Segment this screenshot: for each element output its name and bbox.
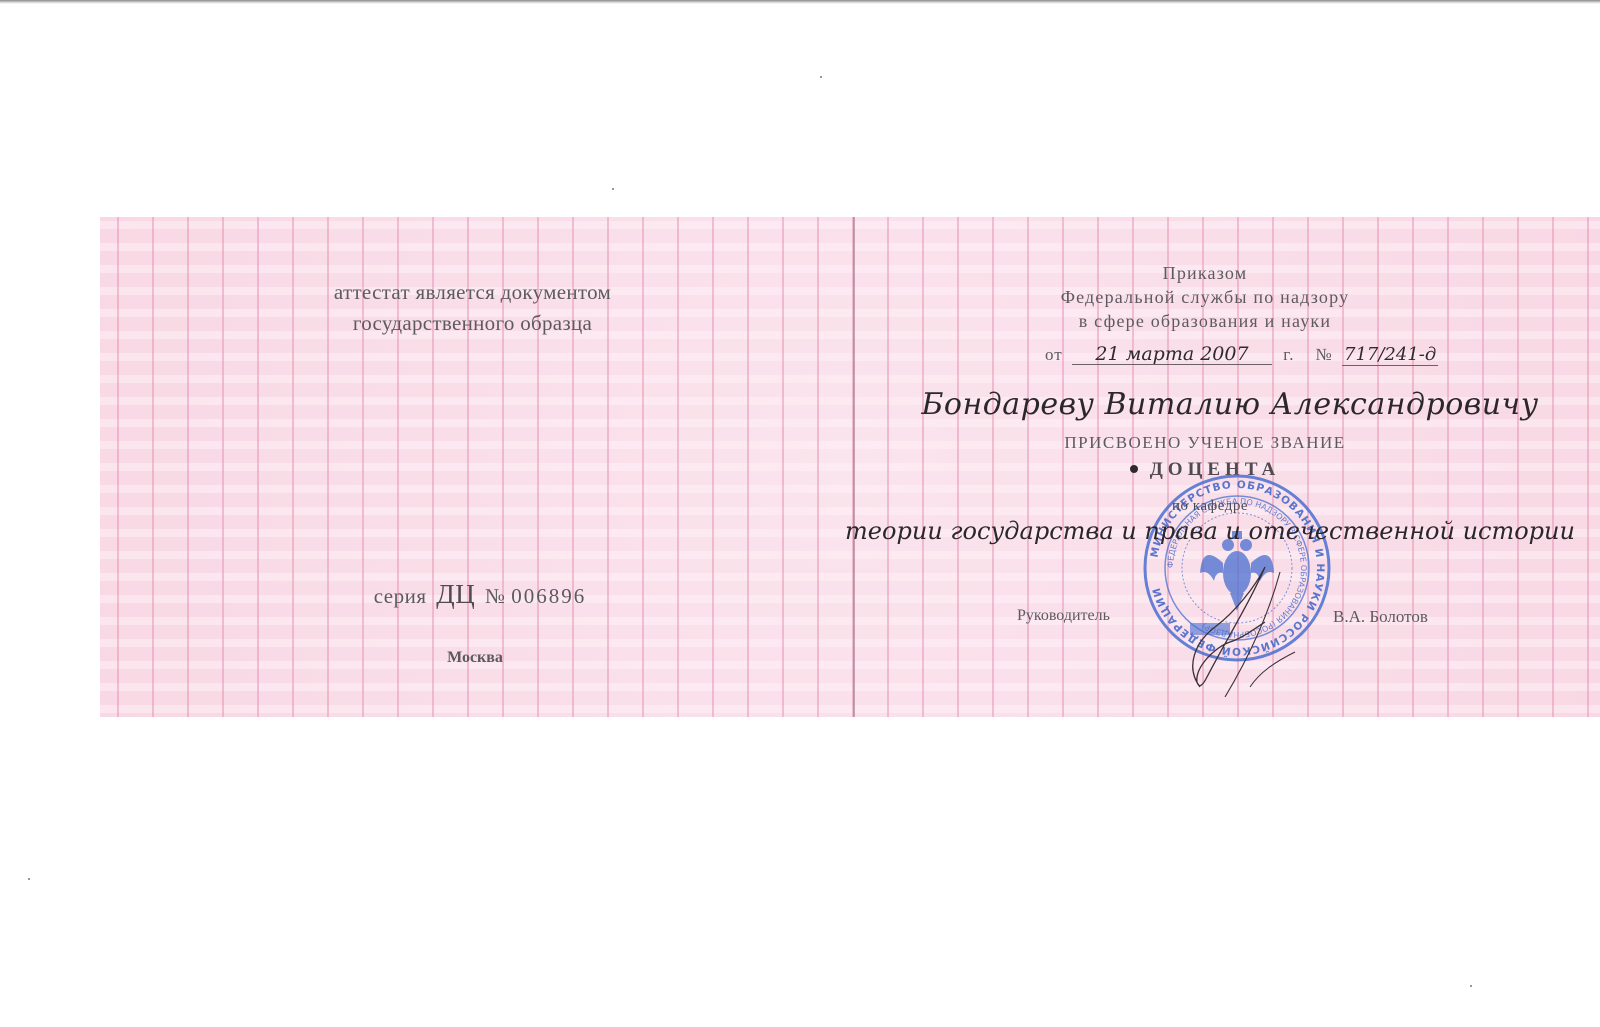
order-header: Приказом Федеральной службы по надзору в… — [1005, 261, 1405, 333]
order-date: 21 марта 2007 — [1072, 344, 1272, 365]
scan-speck — [820, 76, 822, 78]
recipient-name: Бондареву Виталию Александровичу — [905, 387, 1555, 422]
order-date-number-line: от 21 марта 2007 г. № 717/241-д — [1045, 344, 1485, 366]
scan-speck — [28, 878, 30, 880]
series-number-line: серия ДЦ № 006896 — [330, 579, 630, 610]
bullet-icon — [1130, 465, 1138, 473]
validity-statement: аттестат является документом государстве… — [300, 277, 645, 339]
order-header-line-2: Федеральной службы по надзору — [1005, 285, 1405, 309]
validity-line-1: аттестат является документом — [300, 277, 645, 308]
validity-line-2: государственного образца — [300, 308, 645, 339]
year-suffix: г. — [1283, 345, 1294, 364]
order-number: 717/241-д — [1342, 345, 1438, 366]
department-name: теории государства и права и отечественн… — [815, 517, 1600, 545]
assigned-title-label: ПРИСВОЕНО УЧЕНОЕ ЗВАНИЕ — [1005, 433, 1405, 453]
right-page: Приказом Федеральной службы по надзору в… — [855, 217, 1600, 717]
head-name: В.А. Болотов — [1333, 607, 1428, 627]
order-number-sign: № — [1316, 345, 1333, 364]
number-sign: № — [485, 584, 506, 608]
signature-icon — [1155, 547, 1305, 697]
certificate-spread: аттестат является документом государстве… — [100, 217, 1600, 717]
scan-speck — [1470, 985, 1472, 987]
department-label: по кафедре — [1130, 498, 1290, 515]
order-header-line-1: Приказом — [1005, 261, 1405, 285]
scan-speck — [612, 188, 614, 190]
order-header-line-3: в сфере образования и науки — [1005, 309, 1405, 333]
series-number: 006896 — [511, 584, 586, 608]
series-code: ДЦ — [436, 579, 475, 609]
head-label: Руководитель — [1017, 607, 1110, 625]
left-page: аттестат является документом государстве… — [100, 217, 853, 717]
series-label: серия — [374, 584, 427, 608]
issue-city: Москва — [380, 649, 570, 667]
order-from-label: от — [1045, 345, 1063, 364]
scan-edge — [0, 0, 1600, 4]
